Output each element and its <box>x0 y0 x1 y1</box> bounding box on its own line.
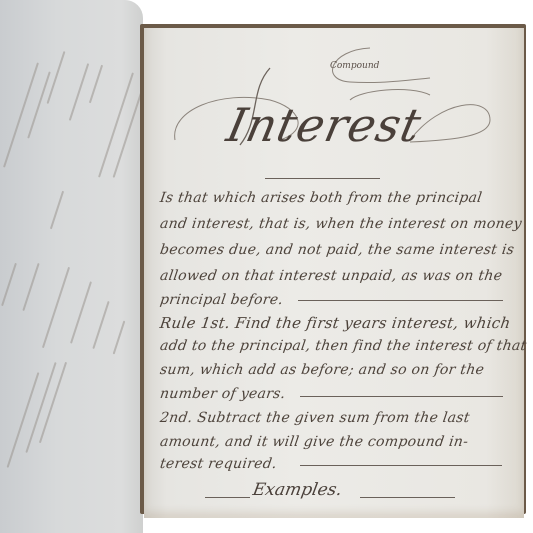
examples-heading: Examples. <box>251 480 343 500</box>
rule1-line-1: Rule 1st. Find the first years interest,… <box>159 314 522 332</box>
rule2-line-1: 2nd. Subtract the given sum from the las… <box>159 410 521 426</box>
definition-line-4: allowed on that interest unpaid, as was … <box>159 268 521 284</box>
left-page <box>0 0 143 533</box>
rule1-line-3: sum, which add as before; and so on for … <box>159 362 521 378</box>
title-underline <box>265 178 380 179</box>
rule2-line-3: terest required. <box>159 456 521 472</box>
definition-end-line <box>298 300 503 301</box>
heading-compound: Compound <box>330 61 379 71</box>
definition-line-3: becomes due, and not paid, the same inte… <box>159 242 521 258</box>
definition-line-2: and interest, that is, when the interest… <box>159 216 521 232</box>
left-page-figures <box>0 0 143 533</box>
definition-line-1: Is that which arises both from the princ… <box>159 190 521 206</box>
rule2-line-2: amount, and it will give the compound in… <box>159 434 521 450</box>
examples-right-line <box>360 497 455 498</box>
rule1-line-2: add to the principal, then find the inte… <box>159 338 521 354</box>
rule1-line-4: number of years. <box>159 386 521 402</box>
rule2-end-line <box>300 465 502 466</box>
heading-interest: Interest <box>222 98 426 152</box>
examples-left-line <box>205 497 250 498</box>
rule1-end-line <box>300 396 503 397</box>
